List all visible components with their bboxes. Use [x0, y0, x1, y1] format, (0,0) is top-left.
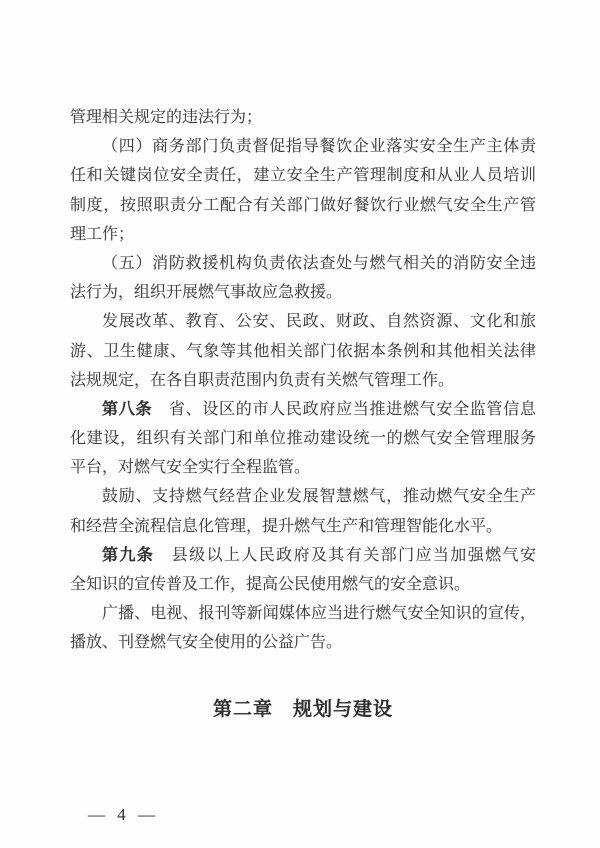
body-text: 管理相关规定的违法行为；（四）商务部门负责督促指导餐饮企业落实安全生产主体责任和…	[70, 103, 536, 721]
document-page: 管理相关规定的违法行为；（四）商务部门负责督促指导餐饮企业落实安全生产主体责任和…	[0, 0, 600, 848]
text-line: 全知识的宣传普及工作，提高公民使用燃气的安全意识。	[70, 570, 536, 599]
text-line: 理工作；	[70, 220, 536, 249]
text-line: 任和关键岗位安全责任，建立安全生产管理制度和从业人员培训	[70, 161, 536, 190]
text-line: 游、卫生健康、气象等其他相关部门依据本条例和其他相关法律	[70, 337, 536, 366]
chapter-heading: 第二章 规划与建设	[70, 694, 536, 721]
text-line: 管理相关规定的违法行为；	[70, 103, 536, 132]
text-line: 和经营全流程信息化管理，提升燃气生产和管理智能化水平。	[70, 512, 536, 541]
article-number: 第九条	[102, 547, 154, 564]
text-line: 法规规定，在各自职责范围内负责有关燃气管理工作。	[70, 366, 536, 395]
text-line: 法行为，组织开展燃气事故应急救援。	[70, 278, 536, 307]
text-line: 第八条 省、设区的市人民政府应当推进燃气安全监管信息	[70, 395, 536, 424]
text-line: 第九条 县级以上人民政府及其有关部门应当加强燃气安	[70, 541, 536, 570]
text-line: 鼓励、支持燃气经营企业发展智慧燃气，推动燃气安全生产	[70, 482, 536, 511]
text-line: 制度，按照职责分工配合有关部门做好餐饮行业燃气安全生产管	[70, 191, 536, 220]
text-line: 化建设，组织有关部门和单位推动建设统一的燃气安全管理服务	[70, 424, 536, 453]
text-line: 平台，对燃气安全实行全程监管。	[70, 453, 536, 482]
text-line: 发展改革、教育、公安、民政、财政、自然资源、文化和旅	[70, 307, 536, 336]
text-line: （五）消防救援机构负责依法查处与燃气相关的消防安全违	[70, 249, 536, 278]
text-line: （四）商务部门负责督促指导餐饮企业落实安全生产主体责	[70, 132, 536, 161]
article-number: 第八条	[102, 401, 152, 418]
page-number: — 4 —	[88, 805, 159, 825]
text-line: 广播、电视、报刊等新闻媒体应当进行燃气安全知识的宣传，	[70, 599, 536, 628]
text-line: 播放、刊登燃气安全使用的公益广告。	[70, 628, 536, 657]
